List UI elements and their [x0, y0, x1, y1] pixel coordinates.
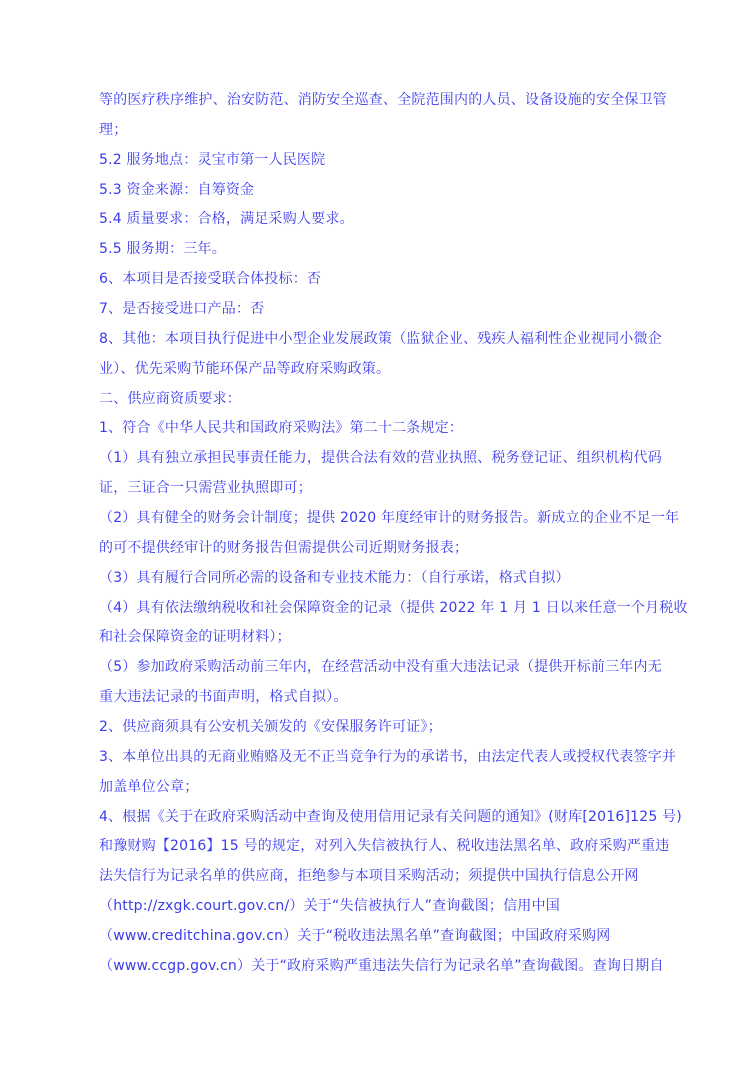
- text-line: （www.creditchina.gov.cn）关于“税收违法黑名单”查询截图；…: [99, 922, 661, 952]
- text-line: 5.4 质量要求：合格，满足采购人要求。: [99, 205, 661, 235]
- text-line: 的可不提供经审计的财务报告但需提供公司近期财务报表；: [99, 534, 661, 564]
- document-page: 等的医疗秩序维护、治安防范、消防安全巡查、全院范围内的人员、设备设施的安全保卫管…: [0, 0, 753, 1068]
- text-line: 重大违法记录的书面声明，格式自拟）。: [99, 683, 661, 713]
- text-line: （3）具有履行合同所必需的设备和专业技术能力：（自行承诺，格式自拟）: [99, 564, 661, 594]
- text-line: 4、根据《关于在政府采购活动中查询及使用信用记录有关问题的通知》(财库[2016…: [99, 803, 661, 833]
- text-line: 法失信行为记录名单的供应商，拒绝参与本项目采购活动；须提供中国执行信息公开网: [99, 862, 661, 892]
- text-line: 理；: [99, 116, 661, 146]
- text-line: 3、本单位出具的无商业贿赂及无不正当竞争行为的承诺书，由法定代表人或授权代表签字…: [99, 743, 661, 773]
- text-line: 8、其他：本项目执行促进中小型企业发展政策（监狱企业、残疾人福利性企业视同小微企: [99, 325, 661, 355]
- text-line: 和豫财购【2016】15 号的规定，对列入失信被执行人、税收违法黑名单、政府采购…: [99, 832, 661, 862]
- text-line: 2、供应商须具有公安机关颁发的《安保服务许可证》；: [99, 713, 661, 743]
- text-line: （www.ccgp.gov.cn）关于“政府采购严重违法失信行为记录名单”查询截…: [99, 952, 661, 982]
- text-line: 加盖单位公章；: [99, 773, 661, 803]
- text-line: 证，三证合一只需营业执照即可；: [99, 474, 661, 504]
- text-line: 5.2 服务地点：灵宝市第一人民医院: [99, 146, 661, 176]
- text-line: 5.3 资金来源：自筹资金: [99, 176, 661, 206]
- text-line: 二、供应商资质要求：: [99, 385, 661, 415]
- text-line: （4）具有依法缴纳税收和社会保障资金的记录（提供 2022 年 1 月 1 日以…: [99, 594, 661, 624]
- text-line: 业）、优先采购节能环保产品等政府采购政策。: [99, 355, 661, 385]
- text-line: 1、符合《中华人民共和国政府采购法》第二十二条规定：: [99, 414, 661, 444]
- text-line: （1）具有独立承担民事责任能力，提供合法有效的营业执照、税务登记证、组织机构代码: [99, 444, 661, 474]
- text-line: 等的医疗秩序维护、治安防范、消防安全巡查、全院范围内的人员、设备设施的安全保卫管: [99, 86, 661, 116]
- document-body-text: 等的医疗秩序维护、治安防范、消防安全巡查、全院范围内的人员、设备设施的安全保卫管…: [99, 86, 661, 982]
- text-line: 和社会保障资金的证明材料）；: [99, 623, 661, 653]
- text-line: （5）参加政府采购活动前三年内，在经营活动中没有重大违法记录（提供开标前三年内无: [99, 653, 661, 683]
- text-line: （2）具有健全的财务会计制度；提供 2020 年度经审计的财务报告。新成立的企业…: [99, 504, 661, 534]
- text-line: （http://zxgk.court.gov.cn/）关于“失信被执行人”查询截…: [99, 892, 661, 922]
- text-line: 6、本项目是否接受联合体投标：否: [99, 265, 661, 295]
- text-line: 7、是否接受进口产品：否: [99, 295, 661, 325]
- text-line: 5.5 服务期：三年。: [99, 235, 661, 265]
